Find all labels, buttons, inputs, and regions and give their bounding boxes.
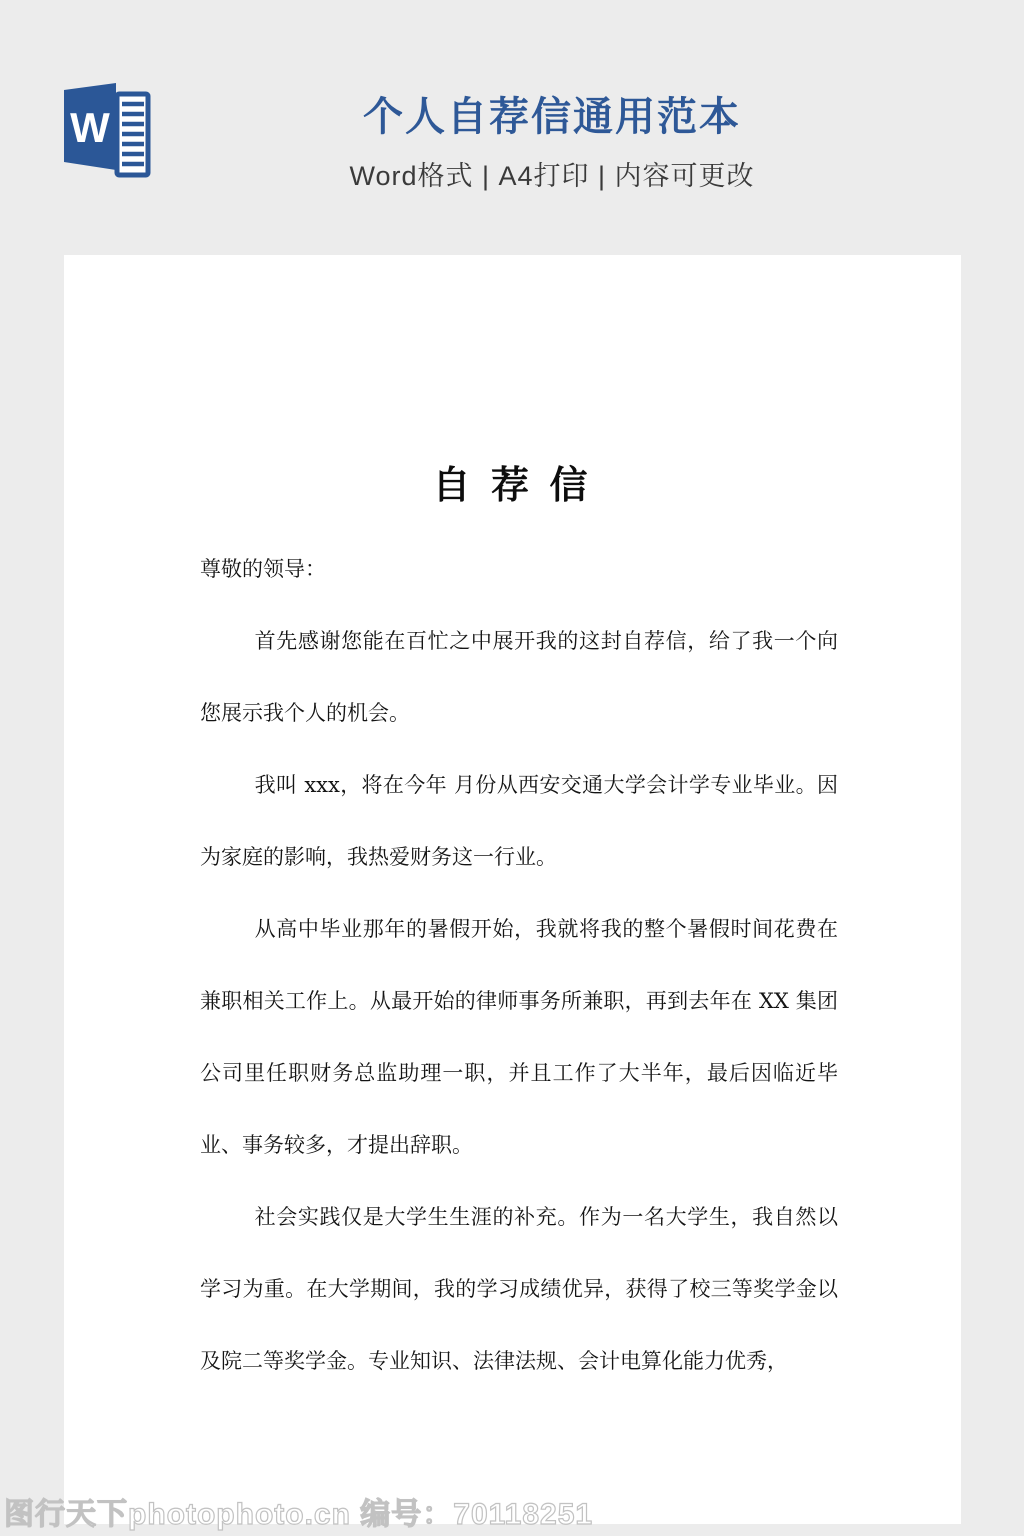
header-text-block: 个人自荐信通用范本 Word格式 | A4打印 | 内容可更改 xyxy=(180,94,924,193)
letter-title: 自 荐 信 xyxy=(64,465,961,509)
letter-salutation: 尊敬的领导： xyxy=(200,533,838,605)
letter-paragraph: 我叫 xxx，将在今年 月份从西安交通大学会计学专业毕业。因为家庭的影响，我热爱… xyxy=(200,749,838,893)
letter-paragraph: 从高中毕业那年的暑假开始，我就将我的整个暑假时间花费在兼职相关工作上。从最开始的… xyxy=(200,893,838,1181)
word-icon-stripes xyxy=(122,104,144,164)
word-file-icon: W xyxy=(64,83,151,178)
document-page: 自 荐 信 尊敬的领导： 首先感谢您能在百忙之中展开我的这封自荐信，给了我一个向… xyxy=(64,255,961,1524)
watermark: 图行天下photophoto.cn 编号：70118251 xyxy=(4,1489,593,1533)
letter-paragraph: 社会实践仅是大学生生涯的补充。作为一名大学生，我自然以学习为重。在大学期间，我的… xyxy=(200,1181,838,1397)
letter-body: 尊敬的领导： 首先感谢您能在百忙之中展开我的这封自荐信，给了我一个向您展示我个人… xyxy=(200,533,838,1397)
letter-paragraph: 首先感谢您能在百忙之中展开我的这封自荐信，给了我一个向您展示我个人的机会。 xyxy=(200,605,838,749)
template-title: 个人自荐信通用范本 xyxy=(180,94,924,140)
word-icon-letter: W xyxy=(70,104,110,151)
template-header: W 个人自荐信通用范本 Word格式 | A4打印 | 内容可更改 xyxy=(0,0,1024,255)
template-subtitle: Word格式 | A4打印 | 内容可更改 xyxy=(180,154,924,193)
letter-paragraphs: 首先感谢您能在百忙之中展开我的这封自荐信，给了我一个向您展示我个人的机会。我叫 … xyxy=(200,605,838,1397)
